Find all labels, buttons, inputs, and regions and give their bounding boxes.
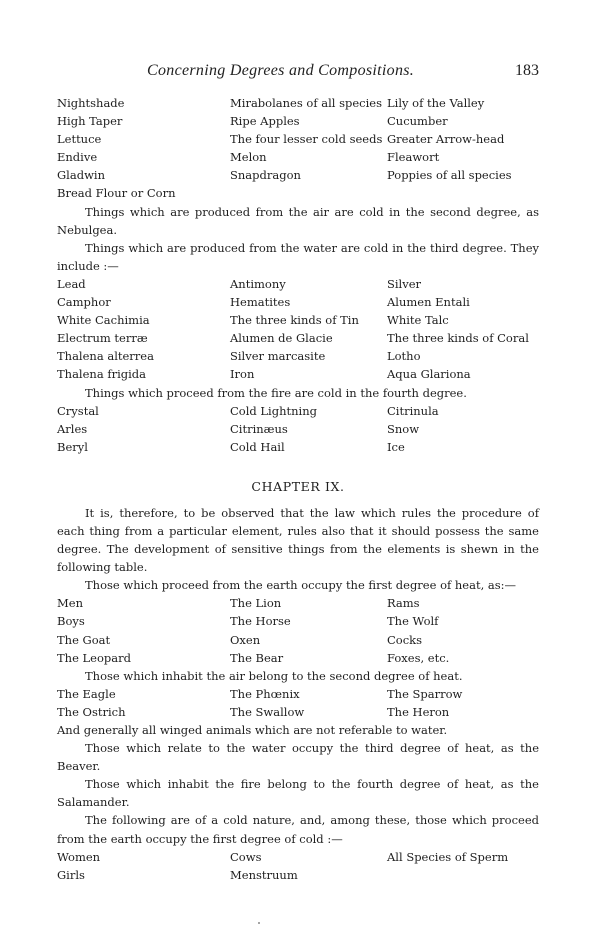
list-cell: The Phœnix: [230, 685, 300, 703]
list-cell: Citrinæus: [230, 420, 288, 438]
list-row: EndiveMelonFleawort: [57, 148, 539, 166]
list-first-degree-cold: NightshadeMirabolanes of all speciesLily…: [57, 94, 539, 203]
list-cell: Melon: [230, 148, 267, 166]
page-body: NightshadeMirabolanes of all speciesLily…: [57, 94, 539, 884]
list-air-heat: The EagleThe PhœnixThe Sparrow The Ostri…: [57, 685, 539, 721]
list-cell: Camphor: [57, 293, 111, 311]
list-cell: Cucumber: [387, 112, 448, 130]
list-cell: Nightshade: [57, 94, 124, 112]
list-cell: High Taper: [57, 112, 122, 130]
list-cell: The three kinds of Tin: [230, 311, 359, 329]
list-cell: Snapdragon: [230, 166, 301, 184]
list-cell: The Bear: [230, 649, 283, 667]
list-cell: The Wolf: [387, 612, 438, 630]
list-cell: The Goat: [57, 631, 110, 649]
list-row: GirlsMenstruum: [57, 866, 539, 884]
list-row: Electrum terræAlumen de GlacieThe three …: [57, 329, 539, 347]
running-head: Concerning Degrees and Compositions. 183: [57, 62, 539, 86]
list-cell: The three kinds of Coral: [387, 329, 529, 347]
list-cell: Ripe Apples: [230, 112, 300, 130]
print-speck: [258, 922, 260, 924]
list-third-degree-cold: LeadAntimonySilver CamphorHematitesAlume…: [57, 275, 539, 384]
list-cell: Cold Lightning: [230, 402, 317, 420]
list-cell: Silver: [387, 275, 421, 293]
chapter-heading: CHAPTER IX.: [57, 478, 539, 496]
page-number: 183: [515, 62, 539, 80]
list-cell: The Ostrich: [57, 703, 126, 721]
list-cell: Fleawort: [387, 148, 439, 166]
list-cell: Menstruum: [230, 866, 298, 884]
list-row: CrystalCold LightningCitrinula: [57, 402, 539, 420]
paragraph-air-cold: Things which are produced from the air a…: [57, 203, 539, 239]
list-cell: The Lion: [230, 594, 281, 612]
list-row: Thalena alterreaSilver marcasiteLotho: [57, 347, 539, 365]
paragraph-cold-intro: The following are of a cold nature, and,…: [57, 811, 539, 847]
list-cell: Foxes, etc.: [387, 649, 449, 667]
list-row: The OstrichThe SwallowThe Heron: [57, 703, 539, 721]
list-row: Bread Flour or Corn: [57, 184, 539, 202]
list-cell: Lettuce: [57, 130, 101, 148]
list-row: BerylCold HailIce: [57, 438, 539, 456]
list-row: The GoatOxenCocks: [57, 631, 539, 649]
paragraph-earth-heat: Those which proceed from the earth occup…: [57, 576, 539, 594]
list-cell: Poppies of all species: [387, 166, 512, 184]
list-row: Thalena frigidaIronAqua Glariona: [57, 365, 539, 383]
paragraph-chapter-intro: It is, therefore, to be observed that th…: [57, 504, 539, 576]
list-row: LeadAntimonySilver: [57, 275, 539, 293]
list-cell: Lotho: [387, 347, 421, 365]
list-cell: Iron: [230, 365, 254, 383]
list-cell: Hematites: [230, 293, 290, 311]
list-cell: Thalena frigida: [57, 365, 146, 383]
list-cell: Alumen de Glacie: [230, 329, 333, 347]
list-cell: The Leopard: [57, 649, 131, 667]
paragraph-water-heat: Those which relate to the water occupy t…: [57, 739, 539, 775]
list-row: BoysThe HorseThe Wolf: [57, 612, 539, 630]
list-row: The EagleThe PhœnixThe Sparrow: [57, 685, 539, 703]
paragraph-fire-heat: Those which inhabit the fire belong to t…: [57, 775, 539, 811]
paragraph-air-heat: Those which inhabit the air belong to th…: [57, 667, 539, 685]
list-cell: Beryl: [57, 438, 88, 456]
list-cell: Citrinula: [387, 402, 439, 420]
list-cell: Bread Flour or Corn: [57, 184, 175, 202]
list-cell: Cold Hail: [230, 438, 285, 456]
list-fourth-degree-cold: CrystalCold LightningCitrinula ArlesCitr…: [57, 402, 539, 456]
paragraph-fire-cold: Things which proceed from the fire are c…: [57, 384, 539, 402]
list-cell: Endive: [57, 148, 97, 166]
list-row: WomenCowsAll Species of Sperm: [57, 848, 539, 866]
list-cell: Arles: [57, 420, 87, 438]
list-cell: The four lesser cold seeds: [230, 130, 382, 148]
list-cell: Lily of the Valley: [387, 94, 484, 112]
list-cell: Thalena alterrea: [57, 347, 154, 365]
list-row: LettuceThe four lesser cold seedsGreater…: [57, 130, 539, 148]
list-cell: Men: [57, 594, 83, 612]
list-cell: White Talc: [387, 311, 449, 329]
list-cell: The Horse: [230, 612, 291, 630]
list-cell: Greater Arrow-head: [387, 130, 504, 148]
list-earth-heat: MenThe LionRams BoysThe HorseThe Wolf Th…: [57, 594, 539, 666]
list-row: ArlesCitrinæusSnow: [57, 420, 539, 438]
list-cell: Rams: [387, 594, 420, 612]
list-cell: Silver marcasite: [230, 347, 325, 365]
list-cell: Electrum terræ: [57, 329, 148, 347]
list-cell: Lead: [57, 275, 86, 293]
list-cell: The Sparrow: [387, 685, 462, 703]
list-cell: Crystal: [57, 402, 99, 420]
list-row: High TaperRipe ApplesCucumber: [57, 112, 539, 130]
list-cell: Alumen Entali: [387, 293, 470, 311]
list-cell: Snow: [387, 420, 419, 438]
list-cell: Mirabolanes of all species: [230, 94, 382, 112]
list-cell: Oxen: [230, 631, 260, 649]
paragraph-water-cold: Things which are produced from the water…: [57, 239, 539, 275]
list-cell: Cows: [230, 848, 261, 866]
list-row: GladwinSnapdragonPoppies of all species: [57, 166, 539, 184]
list-row: White CachimiaThe three kinds of TinWhit…: [57, 311, 539, 329]
list-cell: Girls: [57, 866, 85, 884]
list-row: CamphorHematitesAlumen Entali: [57, 293, 539, 311]
list-cell: All Species of Sperm: [387, 848, 508, 866]
list-cell: Antimony: [230, 275, 286, 293]
paragraph-winged: And generally all winged animals which a…: [57, 721, 539, 739]
list-cell: The Heron: [387, 703, 449, 721]
list-earth-cold: WomenCowsAll Species of Sperm GirlsMenst…: [57, 848, 539, 884]
list-row: NightshadeMirabolanes of all speciesLily…: [57, 94, 539, 112]
list-row: MenThe LionRams: [57, 594, 539, 612]
list-cell: The Swallow: [230, 703, 304, 721]
list-cell: White Cachimia: [57, 311, 150, 329]
list-row: The LeopardThe BearFoxes, etc.: [57, 649, 539, 667]
list-cell: Cocks: [387, 631, 422, 649]
list-cell: Women: [57, 848, 100, 866]
list-cell: The Eagle: [57, 685, 116, 703]
list-cell: Boys: [57, 612, 85, 630]
list-cell: Gladwin: [57, 166, 105, 184]
running-title: Concerning Degrees and Compositions.: [147, 62, 414, 80]
list-cell: Aqua Glariona: [387, 365, 471, 383]
list-cell: Ice: [387, 438, 405, 456]
